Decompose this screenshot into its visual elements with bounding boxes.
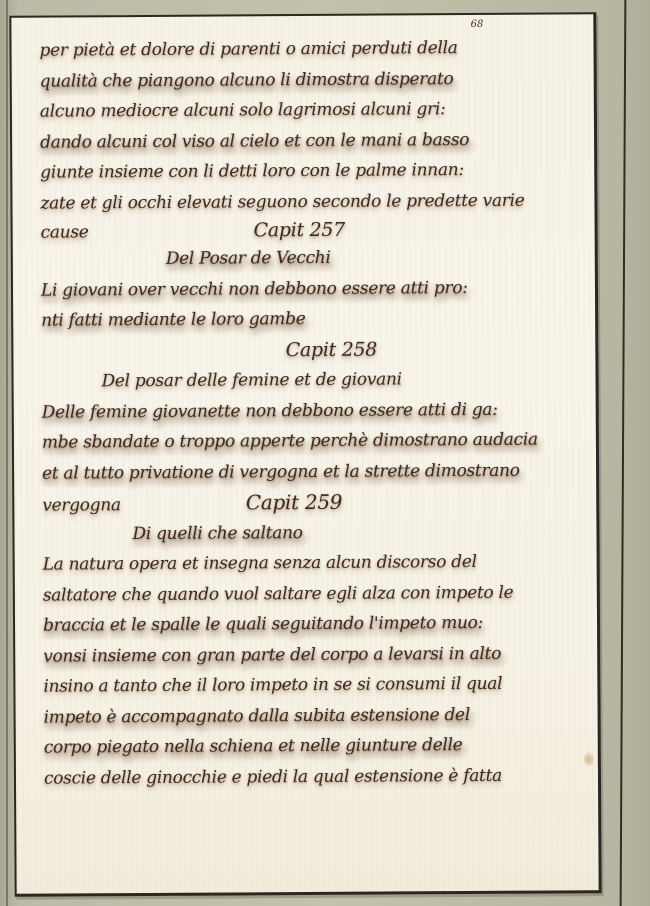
text-line-with-heading: vergogna Capit 259 bbox=[42, 485, 562, 519]
chapter-heading: Capit 257 bbox=[254, 217, 346, 244]
chapter-heading: Capit 258 bbox=[41, 333, 561, 367]
chapter-title: Del posar delle femine et de giovani bbox=[41, 363, 561, 397]
chapter-title: Del Posar de Vecchi bbox=[41, 241, 561, 275]
text-line: braccia et le spalle le quali seguitando… bbox=[43, 607, 563, 641]
text-line: giunte insieme con li detti loro con le … bbox=[40, 154, 560, 188]
text-line: La natura opera et insegna senza alcun d… bbox=[43, 546, 563, 580]
text-line: impeto è accompagnato dalla subita esten… bbox=[44, 699, 564, 733]
text-line-with-heading: cause Capit 257 bbox=[41, 215, 561, 244]
binding-edge-line bbox=[6, 0, 8, 906]
text-line: alcuno mediocre alcuni solo lagrimosi al… bbox=[40, 93, 560, 127]
manuscript-page: 68 per pietà et dolore di parenti o amic… bbox=[9, 12, 601, 897]
page-number: 68 bbox=[471, 19, 484, 30]
text-fragment: cause bbox=[41, 219, 89, 245]
chapter-title: Di quelli che saltano bbox=[42, 516, 562, 550]
text-line: insino a tanto che il loro impeto in se … bbox=[43, 668, 563, 702]
manuscript-scan: 68 per pietà et dolore di parenti o amic… bbox=[0, 0, 650, 906]
manuscript-text-block: per pietà et dolore di parenti o amici p… bbox=[39, 32, 564, 793]
text-line: coscie delle ginocchie e piedi la qual e… bbox=[44, 760, 564, 794]
text-line: zate et gli occhi elevati seguono second… bbox=[40, 185, 560, 219]
chapter-heading: Capit 259 bbox=[246, 487, 342, 518]
text-line: nti fatti mediante le loro gambe bbox=[41, 302, 561, 336]
paper-stain bbox=[584, 752, 594, 766]
text-line: per pietà et dolore di parenti o amici p… bbox=[39, 32, 559, 66]
text-line: Li giovani over vecchi non debbono esser… bbox=[41, 272, 561, 306]
text-line: dando alcuni col viso al cielo et con le… bbox=[40, 124, 560, 158]
text-line: Delle femine giovanette non debbono esse… bbox=[42, 394, 562, 428]
text-fragment: vergogna bbox=[42, 490, 121, 521]
text-line: saltatore che quando vuol saltare egli a… bbox=[43, 577, 563, 611]
text-line: et al tutto privatione di vergogna et la… bbox=[42, 455, 562, 489]
text-line: vonsi insieme con gran parte del corpo a… bbox=[43, 638, 563, 672]
text-line: qualità che piangono alcuno li dimostra … bbox=[40, 63, 560, 97]
text-line: mbe sbandate o troppo apperte perchè dim… bbox=[42, 424, 562, 458]
frame-rule-line bbox=[620, 0, 627, 906]
text-line: corpo piegato nella schiena et nelle giu… bbox=[44, 729, 564, 763]
